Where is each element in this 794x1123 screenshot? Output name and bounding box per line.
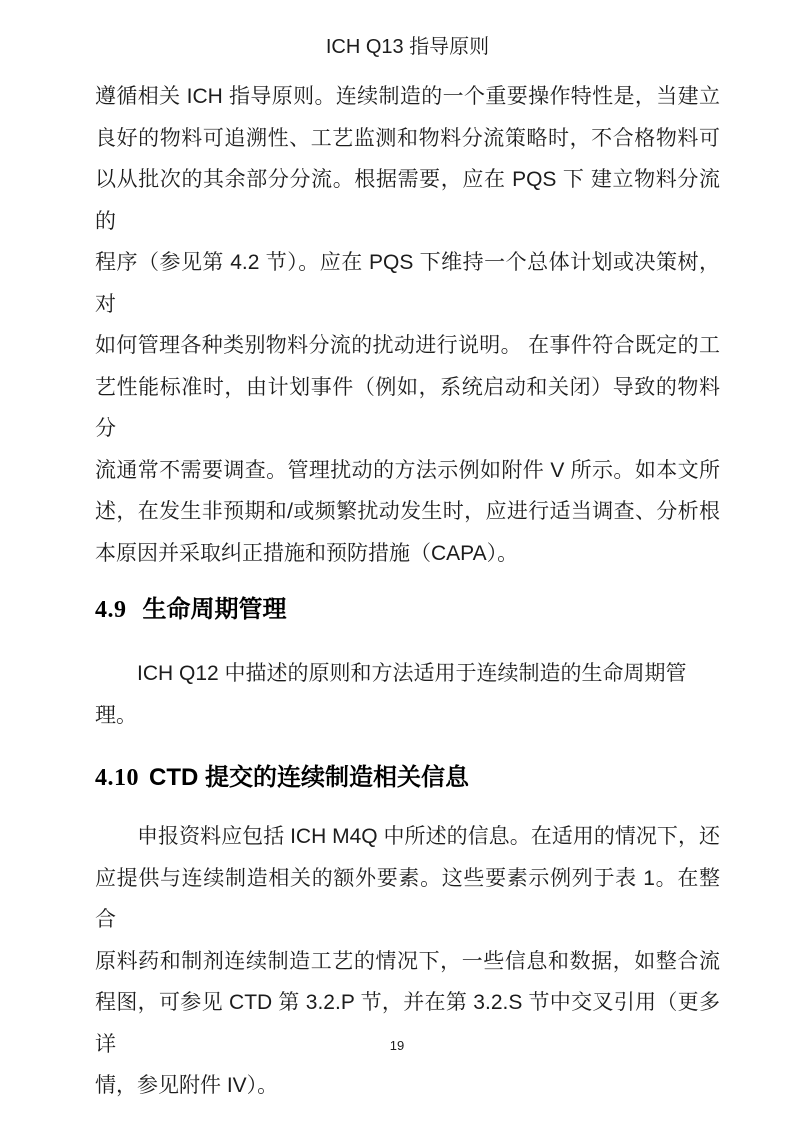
text-line: 艺性能标准时，由计划事件（例如，系统启动和关闭）导致的物料分	[95, 367, 720, 450]
section-heading-4-10: 4.10CTD 提交的连续制造相关信息	[95, 762, 720, 794]
running-header: ICH Q13 指导原则	[95, 34, 720, 60]
section-number: 4.10	[95, 765, 139, 791]
document-page: ICH Q13 指导原则 遵循相关 ICH 指导原则。连续制造的一个重要操作特性…	[0, 0, 794, 1123]
section-heading-4-9: 4.9生命周期管理	[95, 594, 720, 626]
text-line: 如何管理各种类别物料分流的扰动进行说明。 在事件符合既定的工	[95, 325, 720, 367]
text-line: 程序（参见第 4.2 节）。应在 PQS 下维持一个总体计划或决策树，对	[95, 242, 720, 325]
text-line: 原料药和制剂连续制造工艺的情况下，一些信息和数据，如整合流	[95, 941, 720, 983]
text-line: 述，在发生非预期和/或频繁扰动发生时，应进行适当调查、分析根	[95, 491, 720, 533]
paragraph-2: ICH Q12 中描述的原则和方法适用于连续制造的生命周期管理。	[95, 653, 720, 736]
text-line: 良好的物料可追溯性、工艺监测和物料分流策略时，不合格物料可	[95, 118, 720, 160]
text-line: 应提供与连续制造相关的额外要素。这些要素示例列于表 1。在整合	[95, 858, 720, 941]
text-line: 流通常不需要调查。管理扰动的方法示例如附件 V 所示。如本文所	[95, 450, 720, 492]
section-title: CTD 提交的连续制造相关信息	[149, 764, 469, 791]
paragraph-3: 申报资料应包括 ICH M4Q 中所述的信息。在适用的情况下，还 应提供与连续制…	[95, 816, 720, 1107]
text-line: 遵循相关 ICH 指导原则。连续制造的一个重要操作特性是，当建立	[95, 76, 720, 118]
text-line: 本原因并采取纠正措施和预防措施（CAPA）。	[95, 533, 720, 575]
text-line: 申报资料应包括 ICH M4Q 中所述的信息。在适用的情况下，还	[95, 816, 720, 858]
paragraph-1: 遵循相关 ICH 指导原则。连续制造的一个重要操作特性是，当建立 良好的物料可追…	[95, 76, 720, 574]
section-title: 生命周期管理	[143, 596, 287, 623]
text-line: 以从批次的其余部分分流。根据需要，应在 PQS 下 建立物料分流的	[95, 159, 720, 242]
text-line: 情，参见附件 IV）。	[95, 1065, 720, 1107]
section-number: 4.9	[95, 597, 127, 623]
page-number: 19	[0, 1038, 794, 1053]
